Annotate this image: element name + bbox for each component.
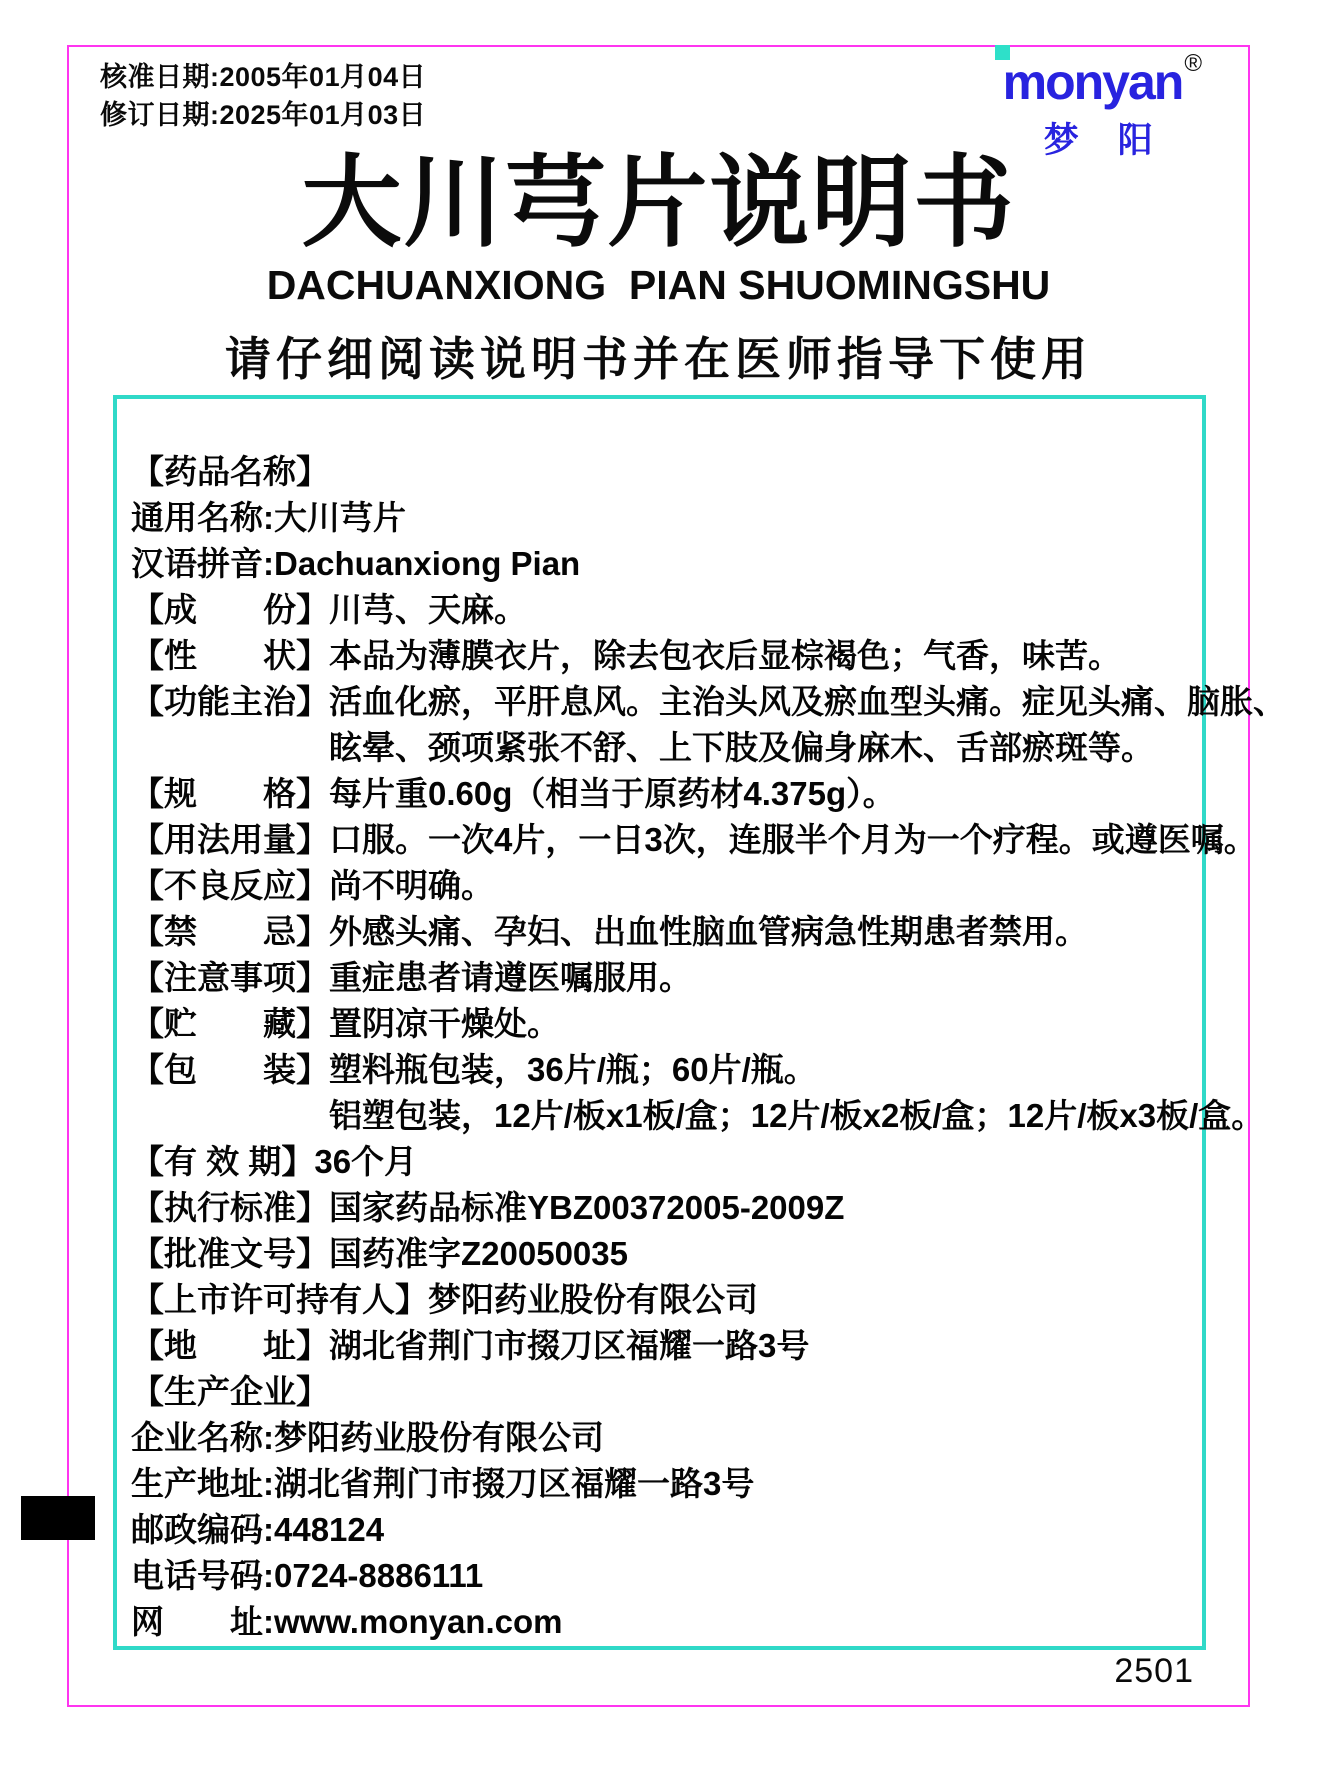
- insert-line: 电话号码:0724-8886111: [131, 1553, 1191, 1599]
- insert-line-text: 【包 装】塑料瓶包装，36片/瓶；60片/瓶。: [131, 1051, 817, 1088]
- brand-logo-row: monyan®: [997, 52, 1202, 107]
- insert-line-text: 【上市许可持有人】梦阳药业股份有限公司: [131, 1281, 758, 1318]
- insert-line: 【注意事项】重症患者请遵医嘱服用。: [131, 955, 1191, 1001]
- insert-line-text: 企业名称:梦阳药业股份有限公司: [131, 1419, 604, 1456]
- insert-line: 【药品名称】: [131, 449, 1191, 495]
- insert-line-text: 【不良反应】尚不明确。: [131, 867, 494, 904]
- insert-line-text: 铝塑包装，12片/板x1板/盒；12片/板x2板/盒；12片/板x3板/盒。: [329, 1097, 1264, 1134]
- insert-line: 【禁 忌】外感头痛、孕妇、出血性脑血管病急性期患者禁用。: [131, 909, 1191, 955]
- insert-line-text: 【地 址】湖北省荆门市掇刀区福耀一路3号: [131, 1327, 809, 1364]
- insert-line: 【规 格】每片重0.60g（相当于原药材4.375g）。: [131, 771, 1191, 817]
- insert-line-text: 【成 份】川芎、天麻。: [131, 591, 527, 628]
- insert-line: 【用法用量】口服。一次4片，一日3次，连服半个月为一个疗程。或遵医嘱。: [131, 817, 1191, 863]
- insert-line: 通用名称:大川芎片: [131, 495, 1191, 541]
- usage-notice: 请仔细阅读说明书并在医师指导下使用: [67, 323, 1250, 389]
- revision-date: 修订日期:2025年01月03日: [100, 96, 426, 134]
- insert-line: 【不良反应】尚不明确。: [131, 863, 1191, 909]
- insert-line: 铝塑包装，12片/板x1板/盒；12片/板x2板/盒；12片/板x3板/盒。: [131, 1093, 1191, 1139]
- insert-line-text: 【批准文号】国药准字Z20050035: [131, 1235, 628, 1272]
- insert-line-text: 【禁 忌】外感头痛、孕妇、出血性脑血管病急性期患者禁用。: [131, 913, 1088, 950]
- insert-line: 【功能主治】活血化瘀，平肝息风。主治头风及瘀血型头痛。症见头痛、脑胀、: [131, 679, 1191, 725]
- logo-accent-square-icon: [995, 45, 1010, 60]
- registered-trademark-icon: ®: [1184, 50, 1202, 77]
- insert-line-text: 电话号码:0724-8886111: [131, 1557, 483, 1594]
- page-title: 大川芎片说明书: [67, 148, 1250, 258]
- insert-line: 【成 份】川芎、天麻。: [131, 587, 1191, 633]
- leaflet-page: 核准日期:2005年01月04日 修订日期:2025年01月03日 monyan…: [0, 0, 1318, 1780]
- brand-wordmark: monyan: [1003, 54, 1183, 110]
- insert-line-text: 通用名称:大川芎片: [131, 499, 406, 536]
- insert-line-text: 【执行标准】国家药品标准YBZ00372005-2009Z: [131, 1189, 844, 1226]
- page-title-pinyin: DACHUANXIONG PIAN SHUOMINGSHU: [67, 262, 1250, 309]
- insert-line: 【执行标准】国家药品标准YBZ00372005-2009Z: [131, 1185, 1191, 1231]
- batch-code: 2501: [1114, 1652, 1194, 1691]
- insert-line-text: 【注意事项】重症患者请遵医嘱服用。: [131, 959, 692, 996]
- approval-date: 核准日期:2005年01月04日: [100, 58, 426, 96]
- insert-line-text: 眩晕、颈项紧张不舒、上下肢及偏身麻木、舌部瘀斑等。: [329, 729, 1154, 766]
- insert-line: 【贮 藏】置阴凉干燥处。: [131, 1001, 1191, 1047]
- insert-line: 网 址:www.monyan.com: [131, 1599, 1191, 1645]
- insert-line: 汉语拼音:Dachuanxiong Pian: [131, 541, 1191, 587]
- insert-line-text: 【有 效 期】36个月: [131, 1143, 417, 1180]
- insert-line: 【上市许可持有人】梦阳药业股份有限公司: [131, 1277, 1191, 1323]
- heading-block: 大川芎片说明书 DACHUANXIONG PIAN SHUOMINGSHU 请仔…: [67, 148, 1250, 389]
- insert-line: 邮政编码:448124: [131, 1507, 1191, 1553]
- date-block: 核准日期:2005年01月04日 修订日期:2025年01月03日: [100, 58, 426, 134]
- insert-line-text: 邮政编码:448124: [131, 1511, 384, 1548]
- insert-line: 眩晕、颈项紧张不舒、上下肢及偏身麻木、舌部瘀斑等。: [131, 725, 1191, 771]
- print-registration-mark: [21, 1496, 95, 1540]
- insert-line-text: 【药品名称】: [131, 453, 329, 490]
- insert-line: 【批准文号】国药准字Z20050035: [131, 1231, 1191, 1277]
- insert-line: 【性 状】本品为薄膜衣片，除去包衣后显棕褐色；气香，味苦。: [131, 633, 1191, 679]
- insert-line-text: 【贮 藏】置阴凉干燥处。: [131, 1005, 560, 1042]
- insert-line-text: 【规 格】每片重0.60g（相当于原药材4.375g）。: [131, 775, 896, 812]
- insert-line: 企业名称:梦阳药业股份有限公司: [131, 1415, 1191, 1461]
- insert-line-text: 汉语拼音:Dachuanxiong Pian: [131, 545, 580, 582]
- insert-line: 【包 装】塑料瓶包装，36片/瓶；60片/瓶。: [131, 1047, 1191, 1093]
- brand-logo: monyan® 梦 阳: [997, 52, 1202, 163]
- insert-line-text: 【生产企业】: [131, 1373, 329, 1410]
- insert-line: 【生产企业】: [131, 1369, 1191, 1415]
- insert-line: 生产地址:湖北省荆门市掇刀区福耀一路3号: [131, 1461, 1191, 1507]
- insert-line: 【有 效 期】36个月: [131, 1139, 1191, 1185]
- insert-line-text: 【性 状】本品为薄膜衣片，除去包衣后显棕褐色；气香，味苦。: [131, 637, 1121, 674]
- insert-content: 【药品名称】通用名称:大川芎片汉语拼音:Dachuanxiong Pian【成 …: [131, 449, 1191, 1645]
- insert-line-text: 【功能主治】活血化瘀，平肝息风。主治头风及瘀血型头痛。症见头痛、脑胀、: [131, 683, 1286, 720]
- insert-line: 【地 址】湖北省荆门市掇刀区福耀一路3号: [131, 1323, 1191, 1369]
- insert-line-text: 【用法用量】口服。一次4片，一日3次，连服半个月为一个疗程。或遵医嘱。: [131, 821, 1257, 858]
- insert-line-text: 生产地址:湖北省荆门市掇刀区福耀一路3号: [131, 1465, 754, 1502]
- insert-line-text: 网 址:www.monyan.com: [131, 1603, 562, 1640]
